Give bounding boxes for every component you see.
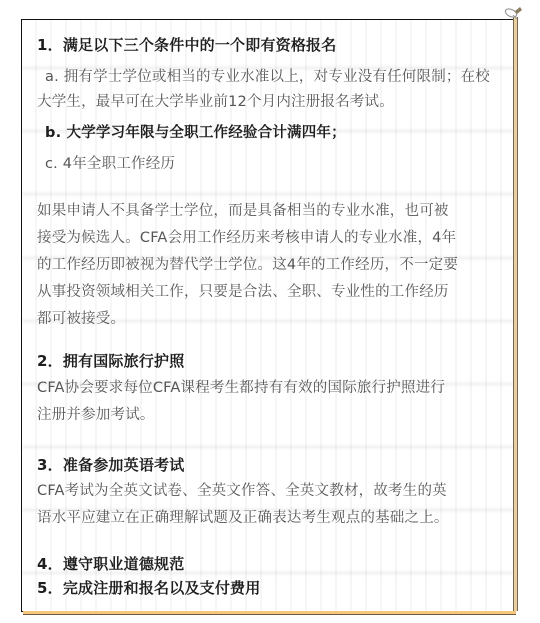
criterion-a-line1: a. 拥有学士学位或相当的专业水准以上，对专业没有任何限制；在校 [45, 68, 490, 86]
criterion-a-line2: 大学生，最早可在大学毕业前12个月内注册报名考试。 [37, 93, 394, 111]
shadow-band [22, 444, 514, 450]
passport-line-2: 注册并参加考试。 [37, 406, 155, 424]
card-right-edge [513, 17, 518, 611]
note-line-3: 的工作经历即被视为替代学士学位。这4年的工作经历，不一定要 [37, 256, 458, 274]
criterion-b: b. 大学学习年限与全职工作经验合计满四年； [45, 124, 346, 142]
heading-4: 4．遵守职业道德规范 [37, 555, 184, 573]
english-line-1: CFA考试为全英文试卷、全英文作答、全英文教材，故考生的英 [37, 482, 447, 500]
note-line-5: 都可被接受。 [37, 310, 125, 328]
english-line-2: 语水平应建立在正确理解试题及正确表达考生观点的基础之上。 [37, 509, 449, 527]
paper-clip-pin-icon [503, 5, 525, 21]
note-line-4: 从事投资领域相关工作，只要是合法、全职、专业性的工作经历 [37, 283, 449, 301]
heading-2: 2．拥有国际旅行护照 [37, 352, 184, 370]
card-bottom-edge [23, 611, 516, 615]
shadow-band [22, 191, 514, 197]
heading-3: 3．准备参加英语考试 [37, 456, 184, 474]
passport-line-1: CFA协会要求每位CFA课程考生都持有有效的国际旅行护照进行 [37, 379, 445, 397]
heading-5: 5．完成注册和报名以及支付费用 [37, 579, 260, 597]
heading-1: 1．满足以下三个条件中的一个即有资格报名 [37, 36, 336, 54]
note-line-1: 如果申请人不具备学士学位，而是具备相当的专业水准，也可被 [37, 202, 449, 220]
criterion-c: c. 4年全职工作经历 [45, 155, 175, 173]
note-line-2: 接受为候选人。CFA会用工作经历来考核申请人的专业水准，4年 [37, 229, 456, 247]
